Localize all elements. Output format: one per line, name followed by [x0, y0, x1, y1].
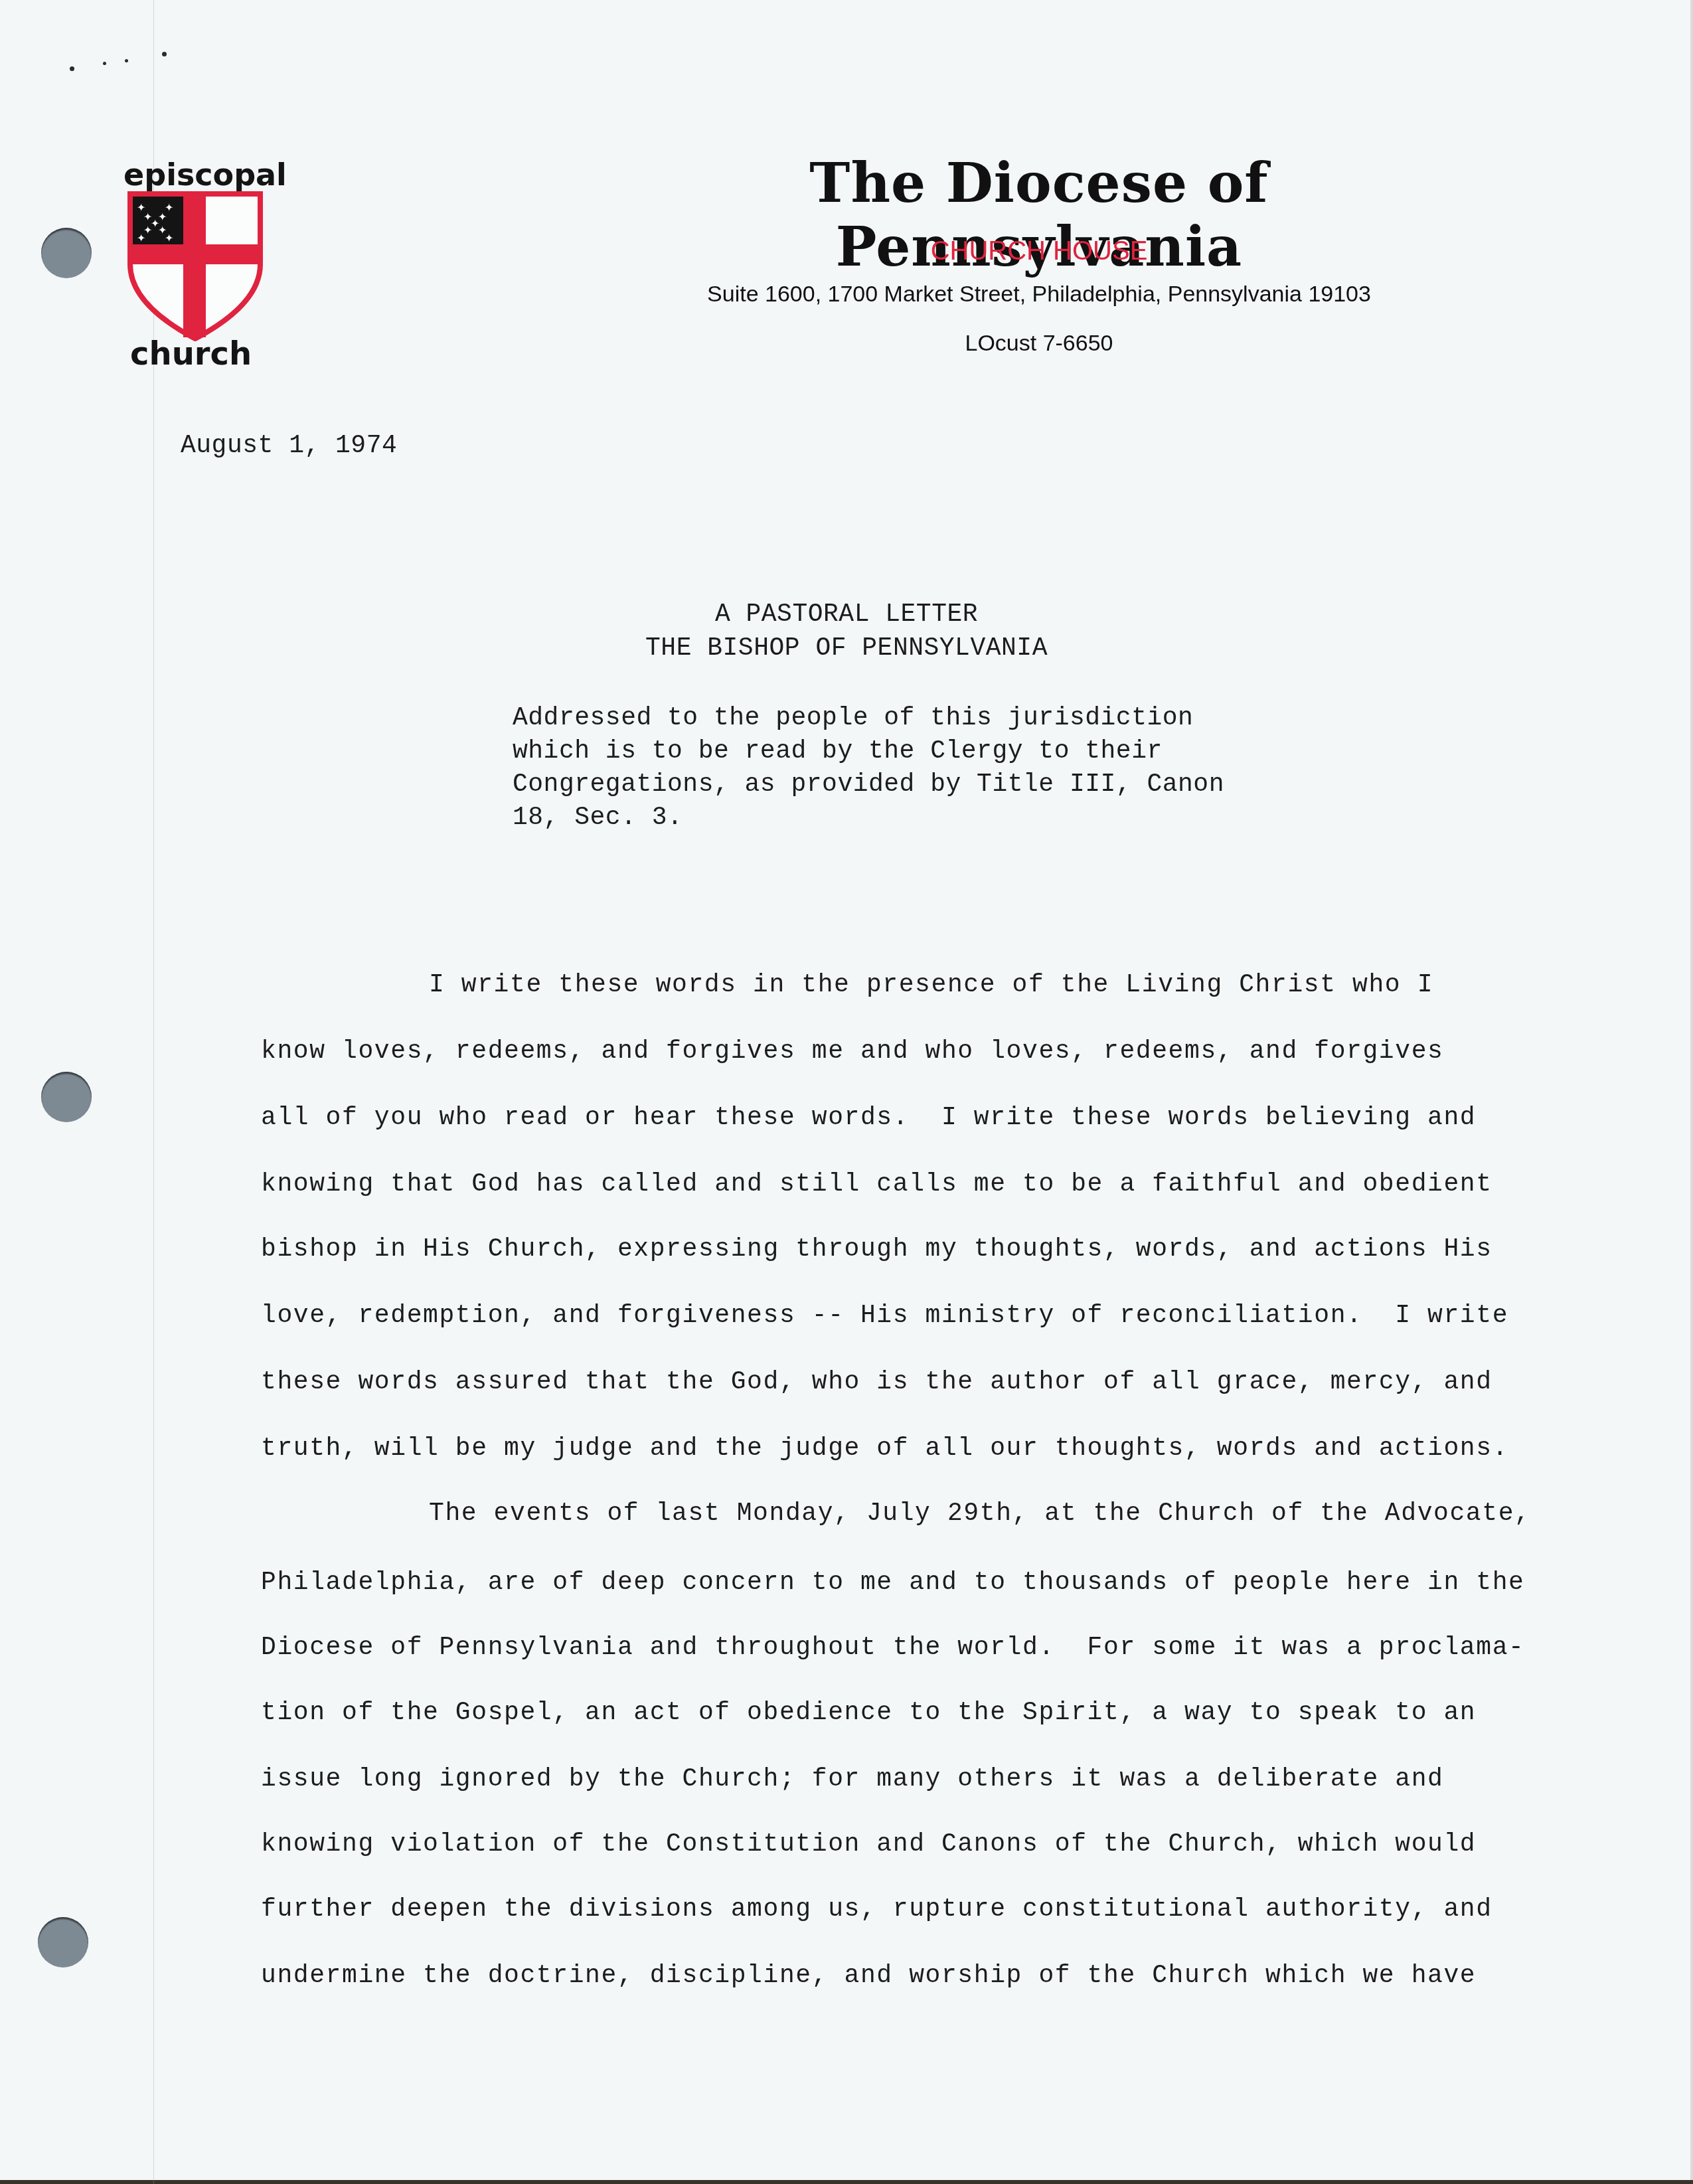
- body-line: know loves, redeems, and forgives me and…: [261, 1037, 1443, 1066]
- staple-mark: [162, 52, 167, 56]
- body-line: I write these words in the presence of t…: [429, 971, 1433, 999]
- preamble-line: which is to be read by the Clergy to the…: [513, 737, 1163, 766]
- letter-heading-line2: THE BISHOP OF PENNSYLVANIA: [0, 634, 1693, 663]
- body-line: knowing violation of the Constitution an…: [261, 1830, 1476, 1859]
- body-line: knowing that God has called and still ca…: [261, 1170, 1492, 1199]
- letter-date: August 1, 1974: [181, 432, 397, 460]
- logo-text-episcopal: episcopal: [123, 157, 287, 193]
- body-line: these words assured that the God, who is…: [261, 1368, 1492, 1396]
- body-line: love, redemption, and forgiveness -- His…: [261, 1302, 1508, 1330]
- punch-hole: [41, 1072, 92, 1122]
- body-line: bishop in His Church, expressing through…: [261, 1235, 1492, 1264]
- body-line: all of you who read or hear these words.…: [261, 1104, 1476, 1132]
- svg-text:✦: ✦: [137, 232, 145, 244]
- letter-heading-line1: A PASTORAL LETTER: [0, 600, 1693, 629]
- preamble-line: 18, Sec. 3.: [513, 803, 683, 832]
- body-line: truth, will be my judge and the judge of…: [261, 1434, 1508, 1463]
- staple-mark: [70, 66, 74, 71]
- punch-hole: [38, 1917, 88, 1968]
- body-line: issue long ignored by the Church; for ma…: [261, 1765, 1443, 1794]
- staple-mark: [125, 59, 128, 62]
- letterhead-address: Suite 1600, 1700 Market Street, Philadel…: [598, 282, 1481, 307]
- body-line: further deepen the divisions among us, r…: [261, 1895, 1492, 1924]
- staple-mark: [103, 62, 106, 65]
- punch-hole: [41, 228, 92, 278]
- body-line: Philadelphia, are of deep concern to me …: [261, 1568, 1525, 1597]
- body-line: Diocese of Pennsylvania and throughout t…: [261, 1634, 1525, 1662]
- body-line: undermine the doctrine, discipline, and …: [261, 1962, 1476, 1990]
- body-line: The events of last Monday, July 29th, at…: [429, 1499, 1530, 1528]
- preamble-line: Congregations, as provided by Title III,…: [513, 770, 1224, 799]
- preamble-line: Addressed to the people of this jurisdic…: [513, 704, 1193, 732]
- letterhead-subtitle: CHURCH HOUSE: [664, 236, 1414, 266]
- body-line: tion of the Gospel, an act of obedience …: [261, 1699, 1476, 1727]
- letterhead-phone: LOcust 7-6650: [664, 331, 1414, 357]
- episcopal-shield-icon: ✦✦ ✦✦ ✦ ✦✦ ✦✦: [127, 191, 263, 341]
- paper-edge: [1690, 0, 1693, 2184]
- svg-text:✦: ✦: [165, 232, 173, 244]
- logo-text-church: church: [130, 335, 252, 373]
- scan-edge: [0, 2180, 1693, 2184]
